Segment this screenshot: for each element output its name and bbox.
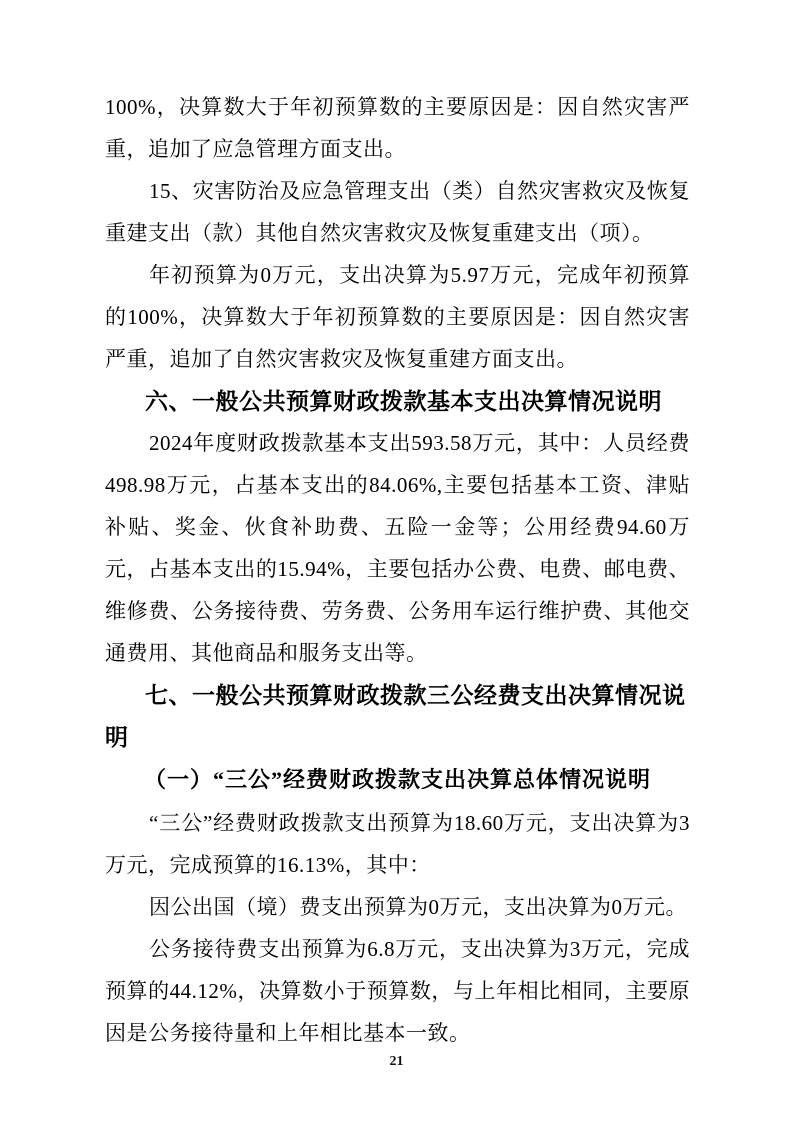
document-body: 100%，决算数大于年初预算数的主要原因是：因自然灾害严重，追加了应急管理方面支…: [105, 86, 690, 1054]
subsection-heading-overall-situation: （一）“三公”经费财政拨款支出决算总体情况说明: [105, 758, 690, 802]
document-page: 100%，决算数大于年初预算数的主要原因是：因自然灾害严重，追加了应急管理方面支…: [0, 0, 793, 1122]
section-heading-6-basic-expenditure: 六、一般公共预算财政拨款基本支出决算情况说明: [105, 380, 690, 422]
paragraph-item-15-disaster-relief: 15、灾害防治及应急管理支出（类）自然灾害救灾及恢复重建支出（款）其他自然灾害救…: [105, 170, 690, 254]
paragraph-overspend-reason-emergency: 100%，决算数大于年初预算数的主要原因是：因自然灾害严重，追加了应急管理方面支…: [105, 86, 690, 170]
paragraph-item-15-budget-figures: 年初预算为0万元，支出决算为5.97万元，完成年初预算的100%，决算数大于年初…: [105, 254, 690, 380]
paragraph-basic-expenditure-detail: 2024年度财政拨款基本支出593.58万元，其中：人员经费498.98万元，占…: [105, 422, 690, 674]
paragraph-three-public-totals: “三公”经费财政拨款支出预算为18.60万元，支出决算为3万元，完成预算的16.…: [105, 802, 690, 886]
paragraph-official-reception: 公务接待费支出预算为6.8万元，支出决算为3万元，完成预算的44.12%，决算数…: [105, 928, 690, 1054]
section-heading-7-three-public-funds: 七、一般公共预算财政拨款三公经费支出决算情况说明: [105, 674, 690, 758]
paragraph-overseas-trips: 因公出国（境）费支出预算为0万元，支出决算为0万元。: [105, 886, 690, 928]
page-number: 21: [0, 1054, 793, 1070]
